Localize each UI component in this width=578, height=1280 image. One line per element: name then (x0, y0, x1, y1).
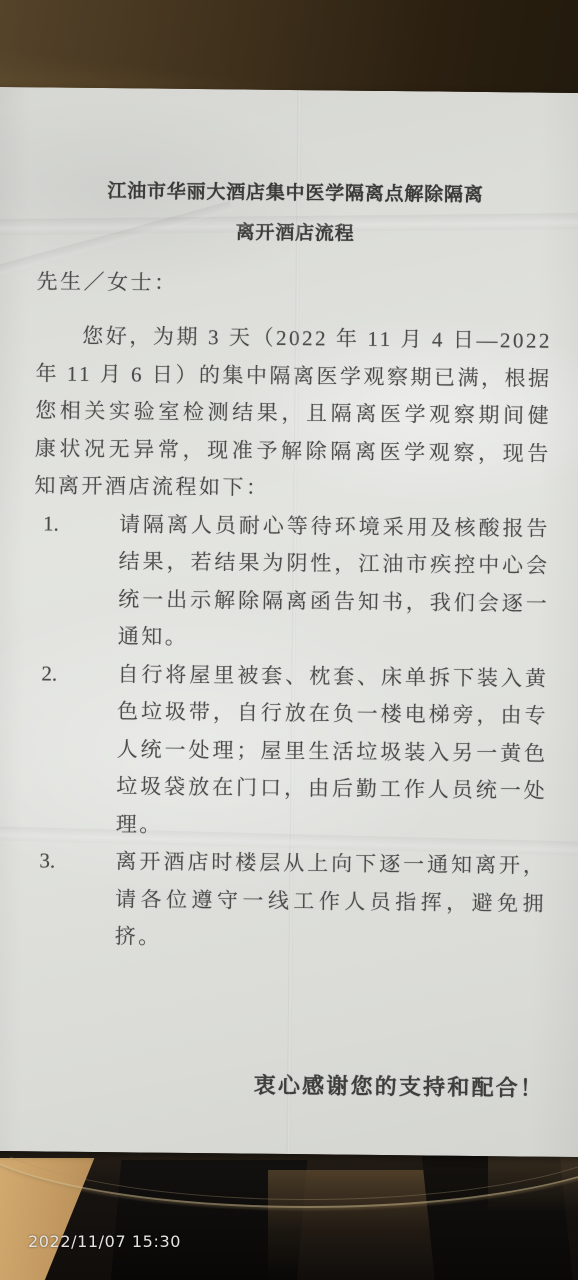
list-item: 1. 请隔离人员耐心等待环境采用及核酸报告结果，若结果为阴性，江油市疾控中心会统… (33, 505, 551, 660)
steps-list: 1. 请隔离人员耐心等待环境采用及核酸报告结果，若结果为阴性，江油市疾控中心会统… (30, 505, 551, 960)
intro-paragraph: 您好，为期 3 天（2022 年 11 月 4 日—2022 年 11 月 6 … (34, 317, 552, 510)
camera-timestamp: 2022/11/07 15:30 (28, 1232, 181, 1251)
list-item: 3. 离开酒店时楼层从上向下逐一通知离开，请各位遵守一线工作人员指挥，避免拥挤。 (30, 842, 547, 960)
list-item-text: 自行将屋里被套、枕套、床单拆下装入黄色垃圾带，自行放在负一楼电梯旁，由专人统一处… (116, 662, 549, 836)
document-title-line1: 江油市华丽大酒店集中医学隔离点解除隔离 (37, 171, 553, 216)
salutation: 先生／女士： (36, 263, 552, 305)
photo-of-document: 江油市华丽大酒店集中医学隔离点解除隔离 离开酒店流程 先生／女士： 您好，为期 … (0, 0, 578, 1280)
list-item: 2. 自行将屋里被套、枕套、床单拆下装入黄色垃圾带，自行放在负一楼电梯旁，由专人… (31, 655, 549, 848)
document-title: 江油市华丽大酒店集中医学隔离点解除隔离 离开酒店流程 (37, 171, 554, 256)
list-item-number: 2. (41, 655, 57, 693)
paper-document: 江油市华丽大酒店集中医学隔离点解除隔离 离开酒店流程 先生／女士： 您好，为期 … (0, 87, 578, 1157)
document-title-line2: 离开酒店流程 (37, 211, 553, 256)
list-item-text: 离开酒店时楼层从上向下逐一通知离开，请各位遵守一线工作人员指挥，避免拥挤。 (115, 849, 547, 948)
list-item-number: 1. (43, 505, 59, 543)
list-item-number: 3. (39, 842, 55, 880)
list-item-text: 请隔离人员耐心等待环境采用及核酸报告结果，若结果为阴性，江油市疾控中心会统一出示… (118, 512, 550, 649)
closing-line: 衷心感谢您的支持和配合！ (28, 1063, 544, 1108)
